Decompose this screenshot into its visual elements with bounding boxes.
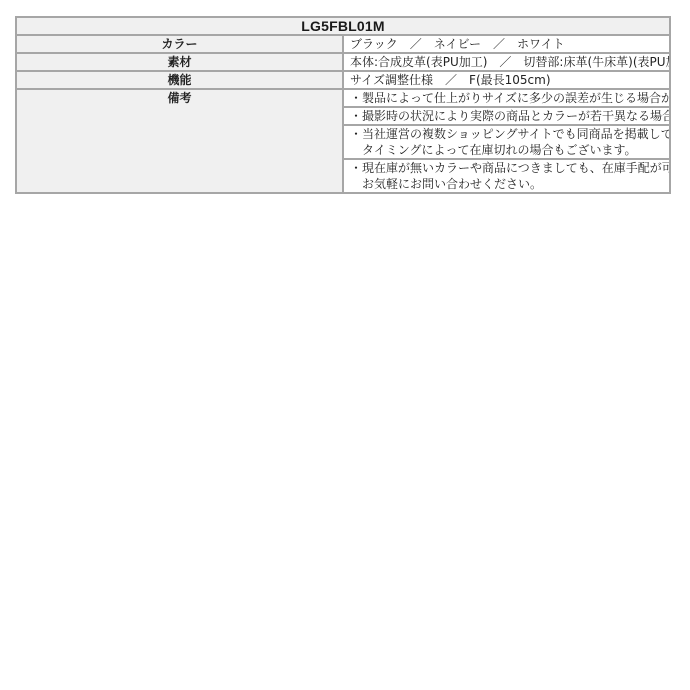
spec-row-material: 素材 本体:合成皮革(表PU加工) ／ 切替部:床革(牛床革)(表PU加工) bbox=[16, 53, 670, 71]
spec-row-notes-1: 備考 ・製品によって仕上がりサイズに多少の誤差が生じる場合がございます。 bbox=[16, 89, 670, 107]
header-row: LG5FBL01M bbox=[16, 17, 670, 35]
spec-value-function: サイズ調整仕様 ／ F(最長105cm) bbox=[343, 71, 670, 89]
spec-label-material: 素材 bbox=[16, 53, 343, 71]
note-line: ・当社運営の複数ショッピングサイトでも同商品を掲載していますので bbox=[350, 126, 669, 142]
product-spec-table: LG5FBL01M カラー ブラック ／ ネイビー ／ ホワイト 素材 本体:合… bbox=[15, 16, 671, 194]
note-item: ・製品によって仕上がりサイズに多少の誤差が生じる場合がございます。 bbox=[343, 89, 670, 107]
note-line: タイミングによって在庫切れの場合もございます。 bbox=[350, 142, 669, 158]
spec-row-color: カラー ブラック ／ ネイビー ／ ホワイト bbox=[16, 35, 670, 53]
note-line: お気軽にお問い合わせください。 bbox=[350, 176, 669, 192]
spec-value-color: ブラック ／ ネイビー ／ ホワイト bbox=[343, 35, 670, 53]
note-item: ・当社運営の複数ショッピングサイトでも同商品を掲載していますので タイミングによ… bbox=[343, 125, 670, 159]
note-line: ・製品によって仕上がりサイズに多少の誤差が生じる場合がございます。 bbox=[350, 90, 669, 106]
spec-value-material: 本体:合成皮革(表PU加工) ／ 切替部:床革(牛床革)(表PU加工) bbox=[343, 53, 670, 71]
note-line: ・現在庫が無いカラーや商品につきましても、在庫手配が可能な場合もございますので bbox=[350, 160, 669, 176]
spec-row-function: 機能 サイズ調整仕様 ／ F(最長105cm) bbox=[16, 71, 670, 89]
spec-label-color: カラー bbox=[16, 35, 343, 53]
product-code: LG5FBL01M bbox=[16, 17, 670, 35]
note-line: ・撮影時の状況により実際の商品とカラーが若干異なる場合がございます。 bbox=[350, 108, 669, 124]
spec-label-function: 機能 bbox=[16, 71, 343, 89]
spec-label-notes: 備考 bbox=[16, 89, 343, 193]
note-item: ・現在庫が無いカラーや商品につきましても、在庫手配が可能な場合もございますので … bbox=[343, 159, 670, 193]
note-item: ・撮影時の状況により実際の商品とカラーが若干異なる場合がございます。 bbox=[343, 107, 670, 125]
